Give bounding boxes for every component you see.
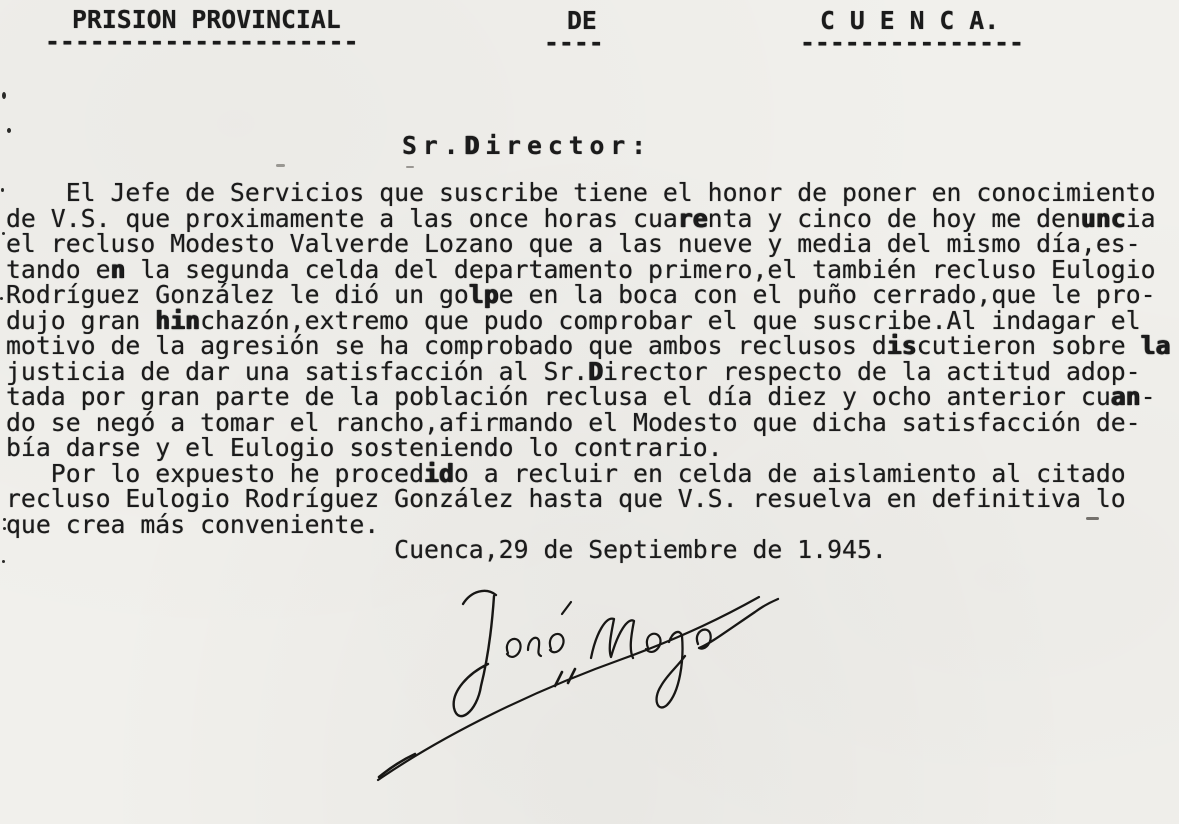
overstruck-text: D (465, 131, 486, 160)
typed-text: Cuenca,29 de Septiembre de 1.945. (6, 535, 887, 564)
body-line: do se negó a tomar el rancho,afirmando e… (6, 410, 1170, 436)
scan-smudge (406, 166, 414, 168)
scan-speck (0, 297, 3, 300)
body-line: bía darse y el Eulogio sosteniendo lo co… (6, 435, 1170, 461)
body-line: el recluso Modesto Valverde Lozano que a… (6, 231, 1170, 257)
scan-speck (3, 518, 6, 521)
signature-tick (568, 669, 575, 683)
scan-speck (3, 527, 6, 530)
scan-speck (2, 560, 5, 563)
body-line: recluso Eulogio Rodríguez González hasta… (6, 486, 1170, 512)
body-line: justicia de dar una satisfacción al Sr.D… (6, 359, 1170, 385)
scan-smudge (276, 164, 285, 167)
header-underline-left: --------------------- (45, 30, 359, 55)
scan-speck (2, 92, 6, 99)
document-page: PRISION PROVINCIAL ---------------------… (0, 0, 1179, 824)
body-line: El Jefe de Servicios que suscribe tiene … (6, 180, 1170, 206)
signature-flourish-hook (379, 754, 415, 777)
scan-speck (2, 232, 5, 235)
signature-flourish-line (378, 597, 759, 780)
typed-text: - (1141, 382, 1156, 411)
typed-text: irector: (485, 131, 652, 160)
header-underline-center: ---- (544, 31, 604, 56)
salutation: Sr.Director: (402, 134, 652, 159)
scan-speck (7, 128, 11, 133)
body-line: de V.S. que proximamente a las once hora… (6, 206, 1170, 232)
scan-speck (1, 188, 4, 192)
body-line: dujo gran hinchazón,extremo que pudo com… (6, 308, 1170, 334)
letter-body: El Jefe de Servicios que suscribe tiene … (6, 180, 1170, 563)
body-line: Rodríguez González le dió un golpe en la… (6, 282, 1170, 308)
body-line: motivo de la agresión se ha comprobado q… (6, 333, 1170, 359)
body-line: tada por gran parte de la población recl… (6, 384, 1170, 410)
body-line: que crea más conveniente. (6, 512, 1170, 538)
signature (365, 572, 785, 802)
header-underline-right: --------------- (800, 31, 1024, 56)
scan-smudge (1086, 517, 1099, 520)
body-line: tando en la segunda celda del departamen… (6, 257, 1170, 283)
overstruck-text: la (1141, 331, 1171, 360)
typed-text: Sr. (402, 131, 465, 160)
body-line: Por lo expuesto he procedido a recluir e… (6, 461, 1170, 487)
body-line: Cuenca,29 de Septiembre de 1.945. (6, 537, 1170, 563)
